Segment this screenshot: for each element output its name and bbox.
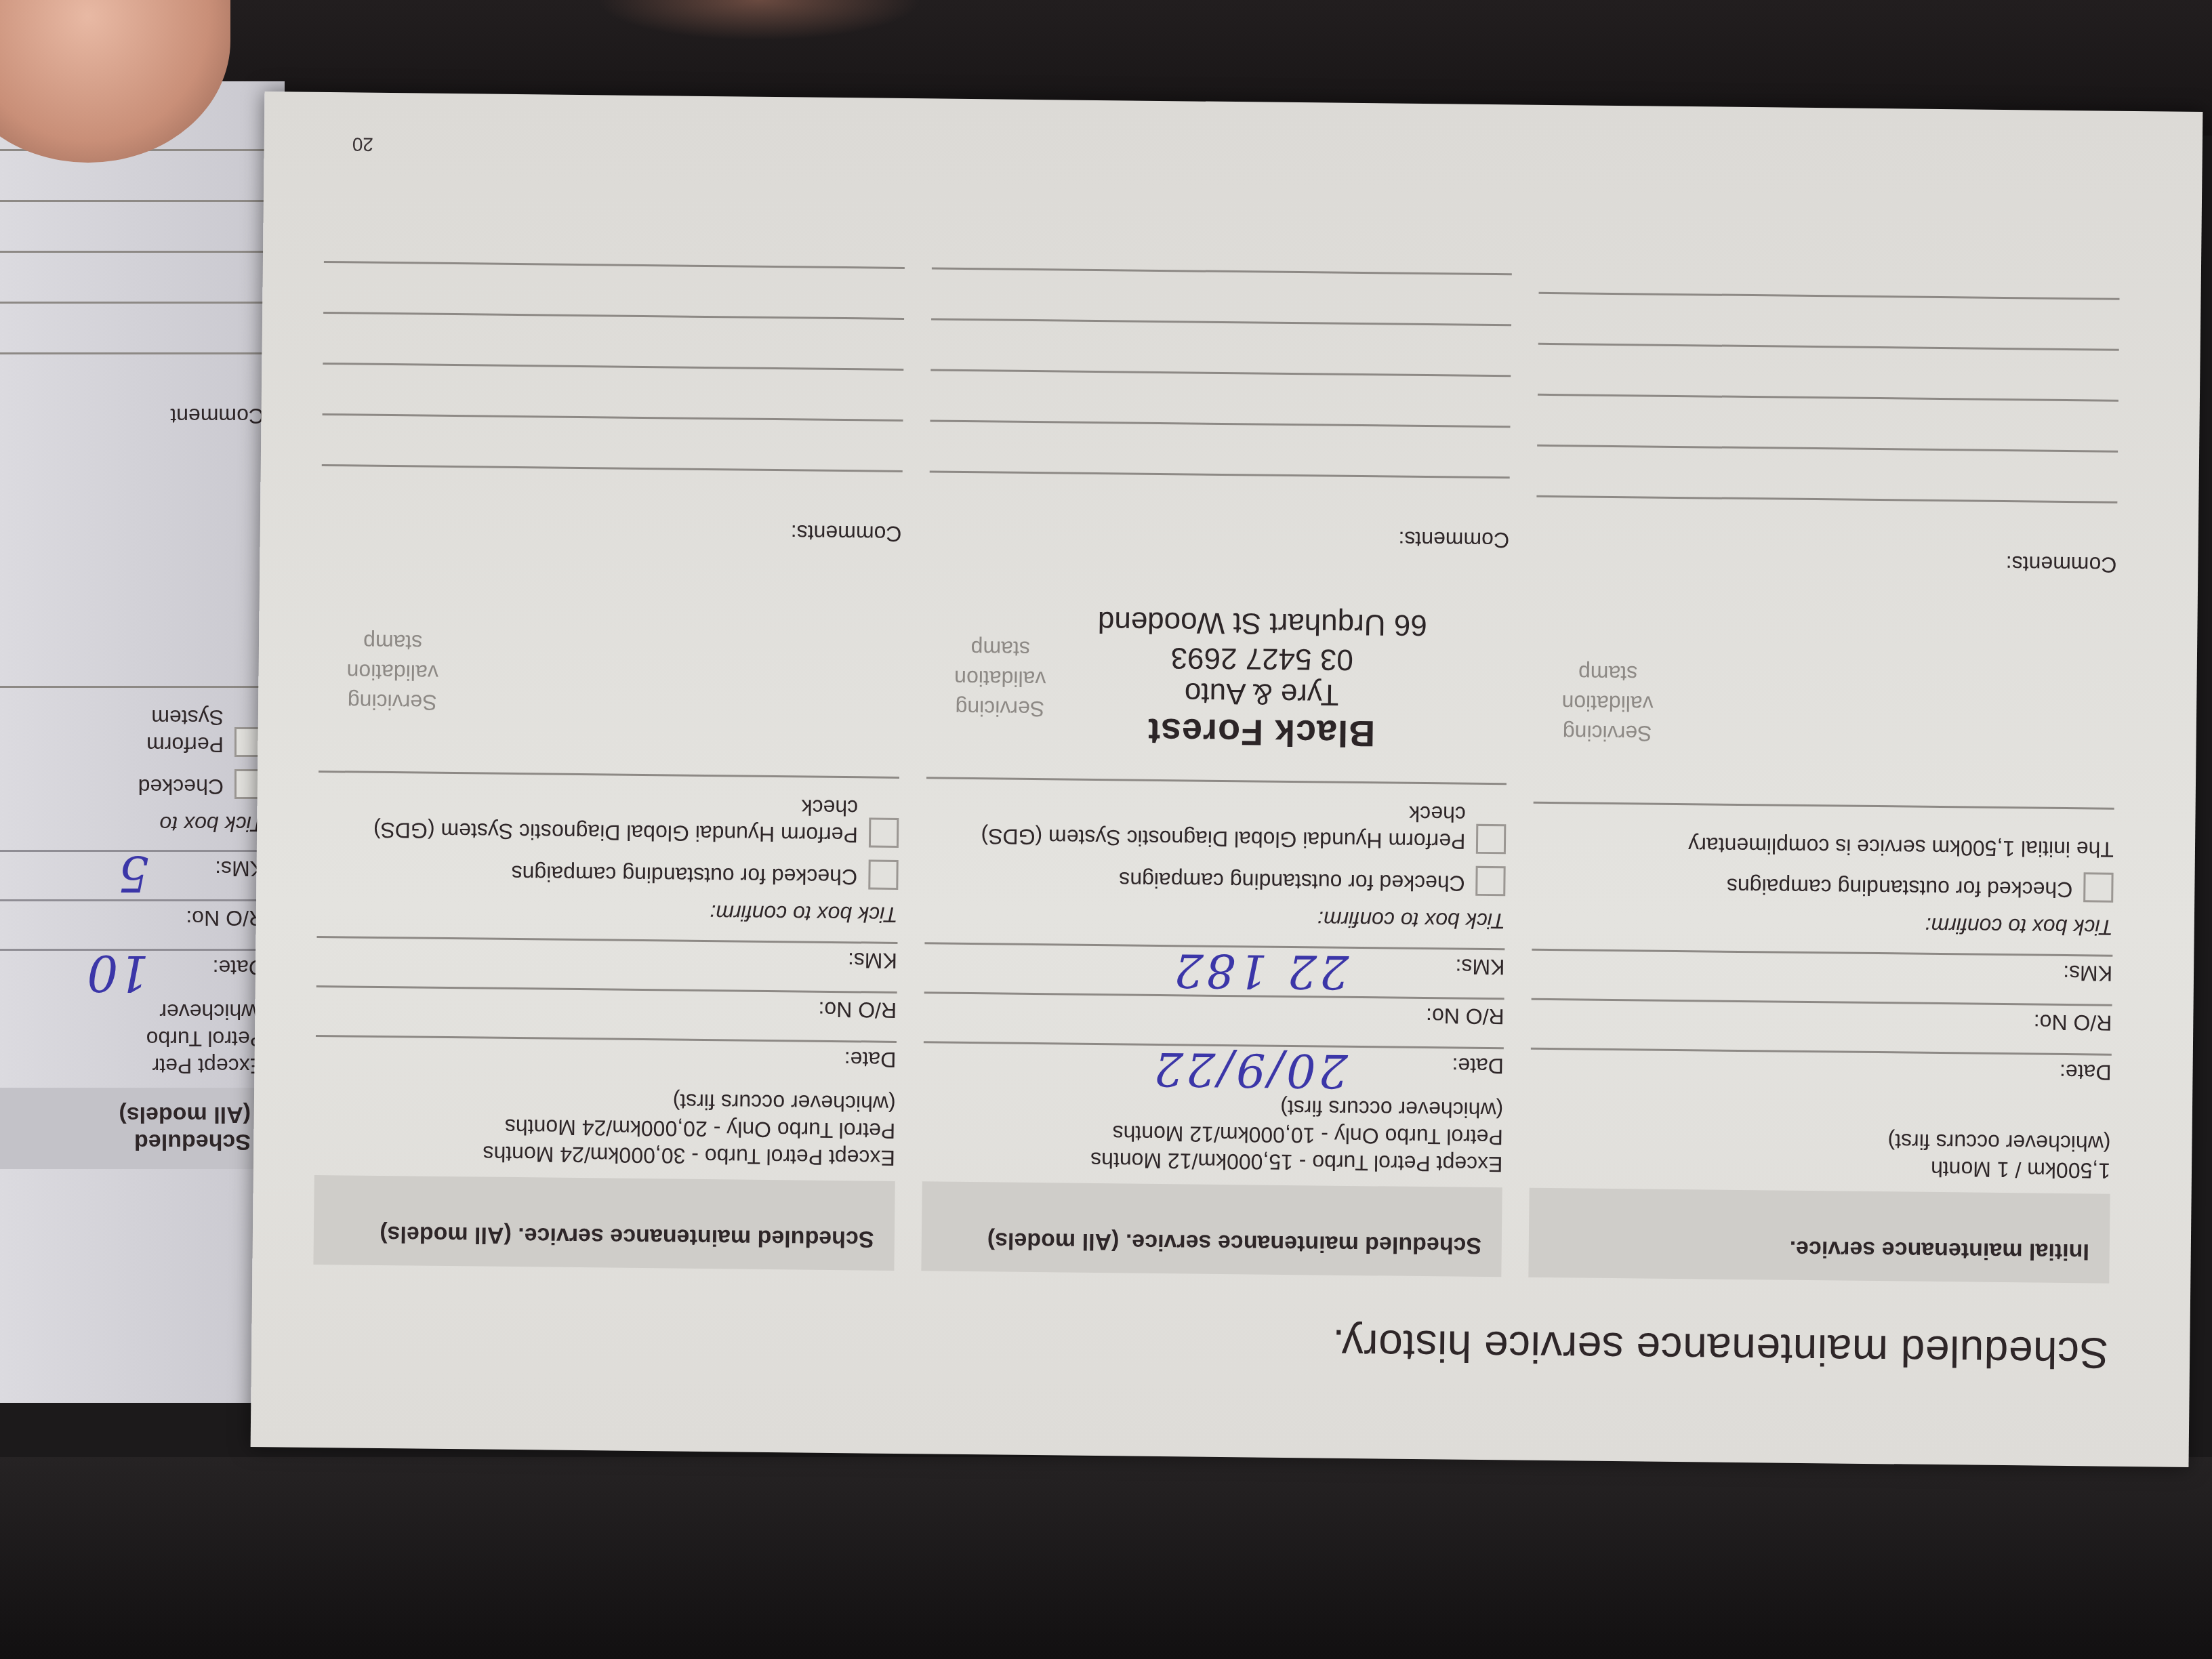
left-page: Scheduled (All models) Except Petr Petro… xyxy=(0,81,285,1403)
comment-line[interactable] xyxy=(322,413,903,470)
tick-item-campaigns[interactable]: Checked for outstanding campaigns xyxy=(317,854,898,891)
handwritten-date: 20/9/22 xyxy=(1151,1042,1348,1097)
comment-line[interactable] xyxy=(1538,343,2118,400)
tick-item-gds[interactable]: Perform Hyundai Global Diagnostic System… xyxy=(926,795,1507,855)
comment-line[interactable] xyxy=(931,267,1512,324)
ro-number-field[interactable]: R/O No: xyxy=(1531,998,2112,1054)
ro-number-field[interactable]: R/O No: xyxy=(924,991,1504,1047)
left-page-desc: Except Petr xyxy=(0,1052,264,1080)
stamp-area: Servicing validation stamp xyxy=(319,547,901,777)
date-field[interactable]: Date: xyxy=(315,1035,896,1090)
kms-field[interactable]: KMs: xyxy=(316,936,897,991)
stamp-address: 66 Urquhart St Woodend xyxy=(1098,604,1427,642)
left-page-date-field[interactable]: Date: 10 xyxy=(0,949,264,998)
kms-field[interactable]: KMs: 22 182 xyxy=(924,942,1504,998)
checkbox[interactable] xyxy=(869,817,899,847)
left-page-comments-label: Comment xyxy=(0,403,264,428)
left-page-date-handwriting: 10 xyxy=(87,944,149,1001)
checkbox[interactable] xyxy=(1476,866,1506,896)
background-bottom xyxy=(0,1457,2212,1659)
stamp-phone: 03 5427 2693 xyxy=(1097,639,1427,678)
column-description: 1,500km / 1 Month (whichever occurs firs… xyxy=(1530,1097,2111,1185)
comment-line[interactable] xyxy=(1538,394,2118,451)
tick-item-campaigns[interactable]: Checked for outstanding campaigns xyxy=(925,860,1506,897)
service-column-30000km: Scheduled maintenance service. (All mode… xyxy=(313,133,905,1271)
comment-line[interactable] xyxy=(929,419,1510,476)
column-header: Initial maintenance service. xyxy=(1529,1188,2110,1284)
kms-field[interactable]: KMs: xyxy=(1532,949,2112,1004)
comment-line[interactable] xyxy=(930,318,1511,375)
stamp-label: Servicing validation stamp xyxy=(346,627,439,717)
left-page-ro-field[interactable]: R/O No: xyxy=(0,899,264,949)
stamp-area: Servicing validation stamp Black Forest … xyxy=(926,553,1509,783)
tick-item-gds[interactable]: Perform Hyundai Global Diagnostic System… xyxy=(318,789,899,849)
column-description: Except Petrol Turbo - 30,000km/24 Months… xyxy=(314,1084,896,1172)
checkbox[interactable] xyxy=(1476,824,1506,854)
service-column-initial: Initial maintenance service. 1,500km / 1… xyxy=(1529,146,2121,1284)
handwritten-kms: 22 182 xyxy=(1171,943,1349,998)
date-field[interactable]: Date: xyxy=(1530,1048,2111,1103)
comment-line[interactable] xyxy=(929,470,1510,527)
comment-line[interactable] xyxy=(323,363,903,419)
checkbox[interactable] xyxy=(2083,872,2113,902)
stamp-area: Servicing validation stamp xyxy=(1534,578,2116,808)
stamp-label: Servicing validation stamp xyxy=(1561,658,1654,748)
date-field[interactable]: Date: 20/9/22 xyxy=(923,1041,1504,1097)
stamp-label: Servicing validation stamp xyxy=(954,634,1047,724)
complimentary-note: The initial 1,500km service is complimen… xyxy=(1533,831,2114,862)
comment-line[interactable] xyxy=(930,369,1511,426)
left-page-desc: (whichever xyxy=(0,998,264,1025)
tick-box-title: Tick box to confirm: xyxy=(1532,909,2113,940)
tick-box-title: Tick box to confirm: xyxy=(924,902,1505,933)
left-page-kms-handwriting: 5 xyxy=(118,845,149,902)
comment-line[interactable] xyxy=(323,312,903,369)
tick-item-campaigns[interactable]: Checked for outstanding campaigns xyxy=(1533,867,2114,904)
page-title: Scheduled maintenance service history. xyxy=(1332,1320,2108,1378)
tick-box-title: Tick box to confirm: xyxy=(317,896,898,927)
column-header: Scheduled maintenance service. (All mode… xyxy=(313,1175,895,1271)
column-header: Scheduled maintenance service. (All mode… xyxy=(921,1181,1502,1277)
comments-label: Comments: xyxy=(928,521,1509,552)
checkbox[interactable] xyxy=(868,859,898,889)
service-booklet-page: Scheduled maintenance service history. I… xyxy=(251,91,2203,1467)
left-page-kms-field[interactable]: KMs: 5 xyxy=(0,850,264,899)
left-page-header: Scheduled (All models) xyxy=(0,1088,264,1169)
comments-label: Comments: xyxy=(1536,546,2117,577)
stamp-business-name: Black Forest xyxy=(1097,710,1427,755)
page-number: 20 xyxy=(352,133,373,155)
left-page-tick-title: Tick box to xyxy=(0,811,264,836)
left-page-desc: Petrol Turbo xyxy=(0,1025,264,1052)
comment-line[interactable] xyxy=(1537,445,2118,501)
comment-line[interactable] xyxy=(1538,292,2119,349)
service-column-15000km: Scheduled maintenance service. (All mode… xyxy=(921,139,1513,1277)
comment-line[interactable] xyxy=(1536,495,2117,552)
comment-line[interactable] xyxy=(323,261,904,318)
comments-label: Comments: xyxy=(321,515,902,546)
comment-line[interactable] xyxy=(321,464,902,521)
dealer-stamp: Black Forest Tyre & Auto 03 5427 2693 66… xyxy=(1097,604,1427,755)
column-description: Except Petrol Turbo - 15,000km/12 Months… xyxy=(922,1090,1504,1178)
ro-number-field[interactable]: R/O No: xyxy=(316,985,897,1041)
service-columns: Initial maintenance service. 1,500km / 1… xyxy=(313,133,2121,1284)
